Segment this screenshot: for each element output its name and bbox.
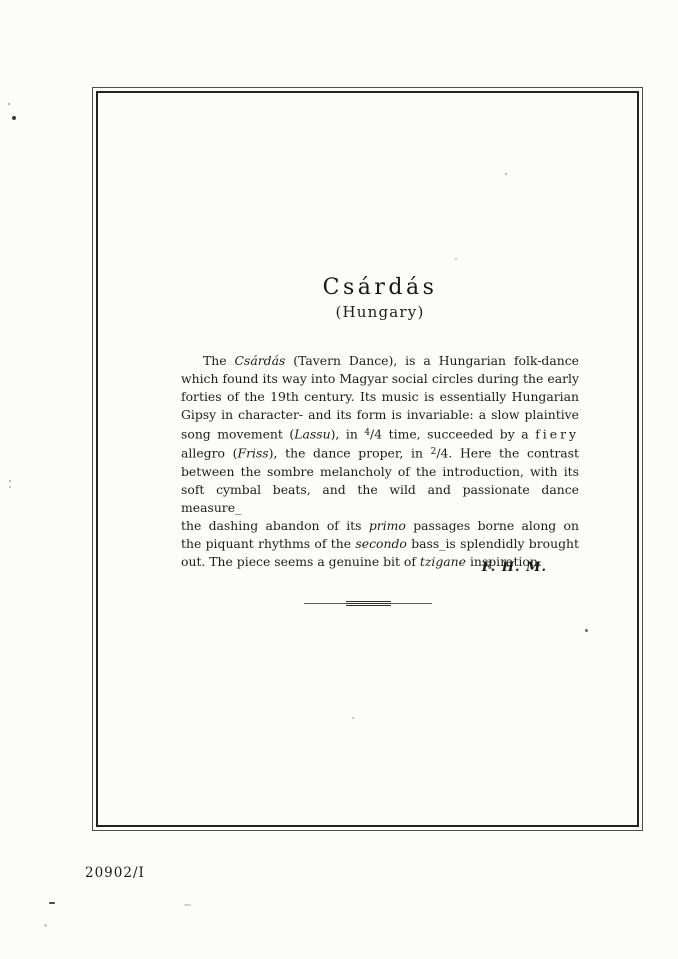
scan-speck — [8, 103, 10, 105]
divider-hatch-center — [346, 601, 391, 606]
piece-title: Csárdás — [183, 275, 577, 300]
paragraph-line: forties of the 19th century. Its music i… — [181, 388, 579, 406]
scan-speck — [9, 480, 11, 482]
paragraph-line: the dashing abandon of its primo passage… — [181, 517, 579, 535]
scan-speck — [184, 904, 191, 906]
scan-speck — [585, 629, 588, 632]
paragraph-line: song movement (Lassu), in 4/4 time, succ… — [181, 424, 579, 443]
scan-speck — [49, 902, 55, 904]
scanned-music-book-page: { "page": { "title": "Csárdás", "subtitl… — [0, 0, 678, 959]
paragraph-line: between the sombre melancholy of the int… — [181, 463, 579, 481]
scan-speck — [455, 258, 457, 260]
scan-speck — [505, 173, 507, 175]
paragraph-line: The Csárdás (Tavern Dance), is a Hungari… — [181, 352, 579, 370]
paragraph-line: which found its way into Magyar social c… — [181, 370, 579, 388]
intro-paragraph: The Csárdás (Tavern Dance), is a Hungari… — [181, 352, 579, 571]
scan-speck — [44, 924, 47, 927]
paragraph-line: allegro (Friss), the dance proper, in 2/… — [181, 443, 579, 462]
author-initials: F. H. M. — [183, 560, 547, 575]
paragraph-line: Gipsy in character- and its form is inva… — [181, 406, 579, 424]
scan-speck — [352, 717, 354, 719]
ornamental-divider — [304, 600, 432, 608]
plate-number: 20902/I — [85, 865, 145, 881]
piece-country-subtitle: (Hungary) — [183, 303, 577, 321]
paragraph-line: the piquant rhythms of the secondo bass_… — [181, 535, 579, 553]
scan-speck — [9, 486, 11, 488]
scan-speck — [12, 116, 16, 120]
paragraph-line: soft cymbal beats, and the wild and pass… — [181, 481, 579, 517]
